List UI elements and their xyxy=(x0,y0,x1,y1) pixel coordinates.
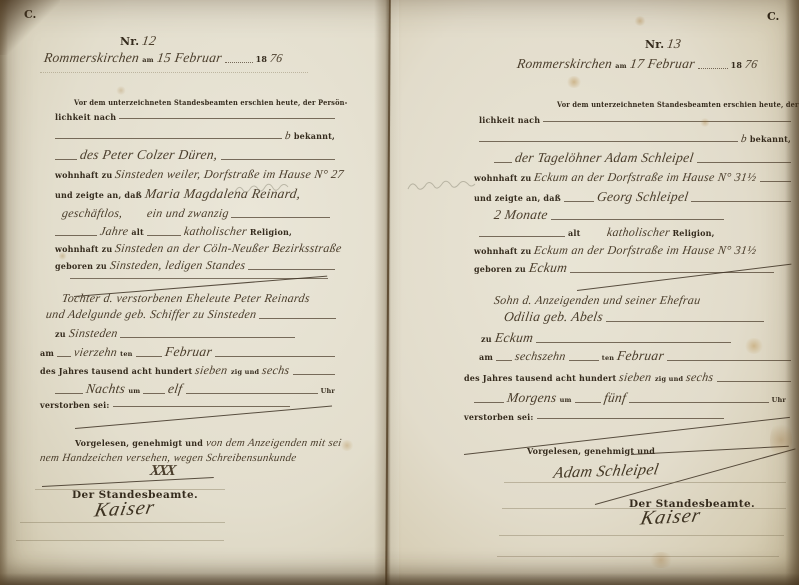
declarant-residence: Sinsteden weiler, Dorfstraße im Hause N°… xyxy=(114,167,345,182)
blank-line xyxy=(569,359,599,361)
blank-line xyxy=(221,158,335,160)
parents-line-1: Sohn d. Anzeigenden und seiner Ehefrau xyxy=(494,293,700,308)
year-ones: sechs xyxy=(685,370,715,385)
blank-line xyxy=(479,235,565,237)
deceased-residence: Sinsteden an der Cöln-Neußer Bezirksstra… xyxy=(114,241,343,256)
am-label: am xyxy=(615,62,627,70)
blank-line xyxy=(120,336,295,338)
death-place: Sinsteden xyxy=(68,326,119,341)
blank-line xyxy=(629,401,769,403)
zeigte-label: und zeigte an, daß xyxy=(474,193,561,203)
jahre-word: Jahre xyxy=(99,224,129,239)
form-letter-right: C. xyxy=(767,10,779,23)
blank-line xyxy=(147,234,181,236)
deceased-name: Georg Schleipel xyxy=(596,189,690,205)
blank-line xyxy=(717,380,791,382)
parents-line-2: und Adelgunde geb. Schiffer zu Sinsteden xyxy=(46,307,336,322)
hand-flourish: b xyxy=(284,130,291,142)
blank-line xyxy=(698,67,728,69)
blank-line xyxy=(537,417,724,419)
year-prefix: 18 xyxy=(731,60,743,70)
age-spot xyxy=(58,252,67,260)
place-name: Rommerskirchen xyxy=(516,56,613,72)
year-prefix: 18 xyxy=(256,54,268,64)
geboren-label: geboren zu xyxy=(474,264,526,274)
alt-label: alt xyxy=(568,228,581,238)
report-date-line: Rommerskirchen am 15 Februar 18 76 xyxy=(44,50,334,66)
year-ones: sechs xyxy=(261,363,291,378)
blank-line xyxy=(55,234,97,236)
pencil-margin-note xyxy=(232,180,296,198)
blank-line xyxy=(136,355,162,357)
declarant-signature: Adam Schleipel xyxy=(552,461,660,483)
parents-text-1: Tochter d. verstorbenen Eheleute Peter R… xyxy=(61,291,311,306)
blank-line xyxy=(225,61,253,63)
blank-line xyxy=(575,401,601,403)
wohnhaft-label: wohnhaft zu xyxy=(474,173,531,183)
intro-text-1: Vor dem unterzeichneten Standesbeamten e… xyxy=(74,98,348,107)
blank-line xyxy=(474,401,504,403)
declarant-name: der Tagelöhner Adam Schleipel xyxy=(514,150,695,166)
year-suffix: 76 xyxy=(744,57,759,72)
ruled-line xyxy=(40,72,308,73)
death-day: vierzehn xyxy=(73,345,118,360)
age-spot xyxy=(700,118,710,127)
blank-line xyxy=(248,268,335,270)
age-spot xyxy=(770,420,792,460)
cancellation-stroke xyxy=(42,477,214,487)
residence-line-2: wohnhaft zu Sinsteden an der Cöln-Neußer… xyxy=(55,241,335,256)
residence-line-2: wohnhaft zu Eckum an der Dorfstraße im H… xyxy=(474,243,794,258)
blank-line xyxy=(113,405,290,407)
nr-label: Nr. xyxy=(120,35,139,48)
age-words: ein und zwanzig xyxy=(146,206,230,221)
verstorben-line: verstorben sei: xyxy=(40,400,290,410)
um-label: um xyxy=(560,396,572,404)
geboren-label: geboren zu xyxy=(55,261,107,271)
parents-text-2: und Adelgunde geb. Schiffer zu Sinsteden xyxy=(45,307,258,322)
year-tens: sieben xyxy=(194,363,229,378)
occupation-age-line: geschäftlos, ein und zwanzig xyxy=(62,206,330,221)
declarant-line: des Peter Colzer Düren, xyxy=(55,147,335,163)
vorgelesen-label: Vorgelesen, genehmigt und xyxy=(75,438,203,448)
age-spot xyxy=(744,338,764,354)
death-date-line: am vierzehn ten Februar xyxy=(40,344,335,360)
hour: elf xyxy=(167,381,184,397)
bekannt-label: bekannt, xyxy=(294,131,335,141)
uhr-label: Uhr xyxy=(772,396,786,404)
nr-value: 13 xyxy=(666,36,682,52)
intro-line-1: Vor dem unterzeichneten Standesbeamten e… xyxy=(74,98,385,107)
jahres-label: des Jahres tausend acht hundert xyxy=(40,366,192,376)
blank-line xyxy=(551,218,724,220)
birthplace-line: geboren zu Sinsteden, ledigen Standes xyxy=(55,258,335,273)
closing-hand-1: von dem Anzeigenden mit sei xyxy=(205,437,342,449)
death-month: Februar xyxy=(163,344,212,360)
declarant-signature-line: Adam Schleipel xyxy=(554,463,658,481)
age-spot xyxy=(116,86,126,95)
daytime: Morgens xyxy=(506,390,558,406)
verstorben-label: verstorben sei: xyxy=(464,412,534,422)
zu-label: zu xyxy=(481,334,492,344)
declarant-name: des Peter Colzer Düren, xyxy=(79,147,219,163)
closing-line-1: Vorgelesen, genehmigt und von dem Anzeig… xyxy=(75,437,342,449)
blank-line xyxy=(231,216,330,218)
handmark-xxx: XXX xyxy=(149,463,175,480)
nr-value: 12 xyxy=(141,33,157,49)
death-time-line: Nachts um elf Uhr xyxy=(55,381,335,397)
am-label: am xyxy=(40,348,54,358)
verstorben-label: verstorben sei: xyxy=(40,400,110,410)
blank-line xyxy=(570,271,774,273)
parents-line-2: Odilia geb. Abels xyxy=(504,309,764,325)
birthplace: Sinsteden, ledigen Standes xyxy=(109,258,247,273)
ruled-line xyxy=(497,556,779,557)
intro-line-2: lichkeit nach xyxy=(479,115,791,125)
age-religion-line: Jahre alt katholischer Religion, xyxy=(55,224,335,239)
report-date-line: Rommerskirchen am 17 Februar 18 76 xyxy=(517,56,799,72)
ruled-line xyxy=(20,522,225,523)
handmark-line: XXX xyxy=(150,463,174,480)
intro-text-1: Vor dem unterzeichneten Standesbeamten e… xyxy=(557,100,799,109)
blank-line xyxy=(606,320,764,322)
nr-label: Nr. xyxy=(645,38,664,51)
death-place: Eckum xyxy=(494,330,534,346)
hand-flourish: b xyxy=(740,133,747,145)
record-number-line: Nr. 12 xyxy=(120,33,156,49)
daytime: Nachts xyxy=(85,381,127,397)
blank-line xyxy=(543,120,791,122)
blank-line xyxy=(564,200,594,202)
zig-und-label: zig und xyxy=(655,375,683,383)
religion-label: Religion, xyxy=(250,227,292,237)
blank-line xyxy=(55,158,77,160)
report-date: 15 Februar xyxy=(156,50,223,66)
declaration-line: und zeigte an, daß Georg Schleipel xyxy=(474,189,791,205)
blank-line xyxy=(496,359,512,361)
ten-label: ten xyxy=(120,350,132,358)
ruled-line xyxy=(499,535,784,536)
registrar-signature: Kaiser xyxy=(92,496,157,522)
age-spot xyxy=(634,16,646,26)
blank-line xyxy=(691,200,791,202)
blank-line xyxy=(55,137,282,139)
residence-line-1: wohnhaft zu Eckum an der Dorfstraße im H… xyxy=(474,170,791,185)
death-year-line: des Jahres tausend acht hundert sieben z… xyxy=(464,370,791,385)
birthplace: Eckum xyxy=(528,260,568,276)
religion-value: katholischer xyxy=(183,224,248,239)
death-date-line: am sechszehn ten Februar xyxy=(479,348,791,364)
declarant-line: der Tagelöhner Adam Schleipel xyxy=(494,150,791,166)
religion-label: Religion, xyxy=(672,228,714,238)
right-page: C. Nr. 13 Rommerskirchen am 17 Februar 1… xyxy=(399,0,799,585)
left-page: C. Nr. 12 Rommerskirchen am 15 Februar 1… xyxy=(0,0,399,585)
age-line: 2 Monate xyxy=(494,207,724,223)
verstorben-line: verstorben sei: xyxy=(464,412,724,422)
deceased-residence: Eckum an der Dorfstraße im Hause N° 31½ xyxy=(533,243,758,258)
bekannt-line: b bekannt, xyxy=(55,130,335,142)
record-number-line: Nr. 13 xyxy=(645,36,681,52)
am-label: am xyxy=(479,352,493,362)
death-place-line: zu Eckum xyxy=(481,330,731,346)
intro-text-2: lichkeit nach xyxy=(479,115,540,125)
form-letter-left: C. xyxy=(24,8,36,21)
year-suffix: 76 xyxy=(269,51,284,66)
ruled-line xyxy=(504,482,786,483)
blank-line xyxy=(494,161,512,163)
zu-label: zu xyxy=(55,329,66,339)
death-day: sechszehn xyxy=(514,349,567,364)
intro-text-2: lichkeit nach xyxy=(55,112,116,122)
year-tens: sieben xyxy=(618,370,653,385)
blank-line xyxy=(667,359,791,361)
death-year-line: des Jahres tausend acht hundert sieben z… xyxy=(40,363,335,378)
bekannt-label: bekannt, xyxy=(750,134,791,144)
parents-text-2: Odilia geb. Abels xyxy=(503,309,604,325)
pencil-margin-note xyxy=(405,176,477,196)
age-spot xyxy=(340,440,354,451)
death-month: Februar xyxy=(616,348,665,364)
blank-line xyxy=(119,117,335,119)
blank-line xyxy=(760,180,791,182)
parents-line-1: Tochter d. verstorbenen Eheleute Peter R… xyxy=(62,291,310,306)
age-spot xyxy=(648,552,674,568)
blank-line xyxy=(536,341,731,343)
age-religion-line: alt katholischer Religion, xyxy=(479,225,791,240)
hour: fünf xyxy=(603,390,627,406)
jahres-label: des Jahres tausend acht hundert xyxy=(464,373,616,383)
blank-line xyxy=(259,317,336,319)
um-label: um xyxy=(128,387,140,395)
death-place-line: zu Sinsteden xyxy=(55,326,295,341)
blank-line xyxy=(143,392,165,394)
uhr-label: Uhr xyxy=(321,387,335,395)
ruled-line xyxy=(16,540,224,541)
spacer xyxy=(126,217,144,218)
blank-line xyxy=(57,355,71,357)
place-name: Rommerskirchen xyxy=(43,50,140,66)
blank-line xyxy=(215,355,335,357)
occupation: geschäftlos, xyxy=(61,206,124,221)
alt-label: alt xyxy=(131,227,144,237)
registrar-signature: Kaiser xyxy=(638,504,703,530)
registry-book-photo: C. Nr. 12 Rommerskirchen am 15 Februar 1… xyxy=(0,0,799,585)
zeigte-label: und zeigte an, daß xyxy=(55,190,142,200)
intro-line-2: lichkeit nach xyxy=(55,112,335,122)
ten-label: ten xyxy=(602,354,614,362)
religion-value: katholischer xyxy=(605,225,670,240)
intro-line-1: Vor dem unterzeichneten Standesbeamten e… xyxy=(557,100,799,109)
blank-line xyxy=(293,373,335,375)
bekannt-line: b bekannt, xyxy=(479,133,791,145)
age-value: 2 Monate xyxy=(493,207,549,223)
death-time-line: Morgens um fünf Uhr xyxy=(474,390,786,406)
parents-text-1: Sohn d. Anzeigenden und seiner Ehefrau xyxy=(493,293,702,308)
wohnhaft-label: wohnhaft zu xyxy=(55,170,112,180)
blank-line xyxy=(479,140,738,142)
official-signature-line: Kaiser xyxy=(95,498,154,521)
wohnhaft-label: wohnhaft zu xyxy=(474,246,531,256)
blank-line xyxy=(186,392,318,394)
birthplace-line: geboren zu Eckum xyxy=(474,260,774,276)
report-date: 17 Februar xyxy=(629,56,696,72)
blank-line xyxy=(697,161,791,163)
blank-line xyxy=(55,392,83,394)
declarant-residence: Eckum an der Dorfstraße im Hause N° 31½ xyxy=(533,170,758,185)
official-signature-line: Kaiser xyxy=(641,506,700,529)
am-label: am xyxy=(142,56,154,64)
age-spot xyxy=(566,76,582,88)
zig-und-label: zig und xyxy=(231,368,259,376)
spacer xyxy=(584,236,604,237)
